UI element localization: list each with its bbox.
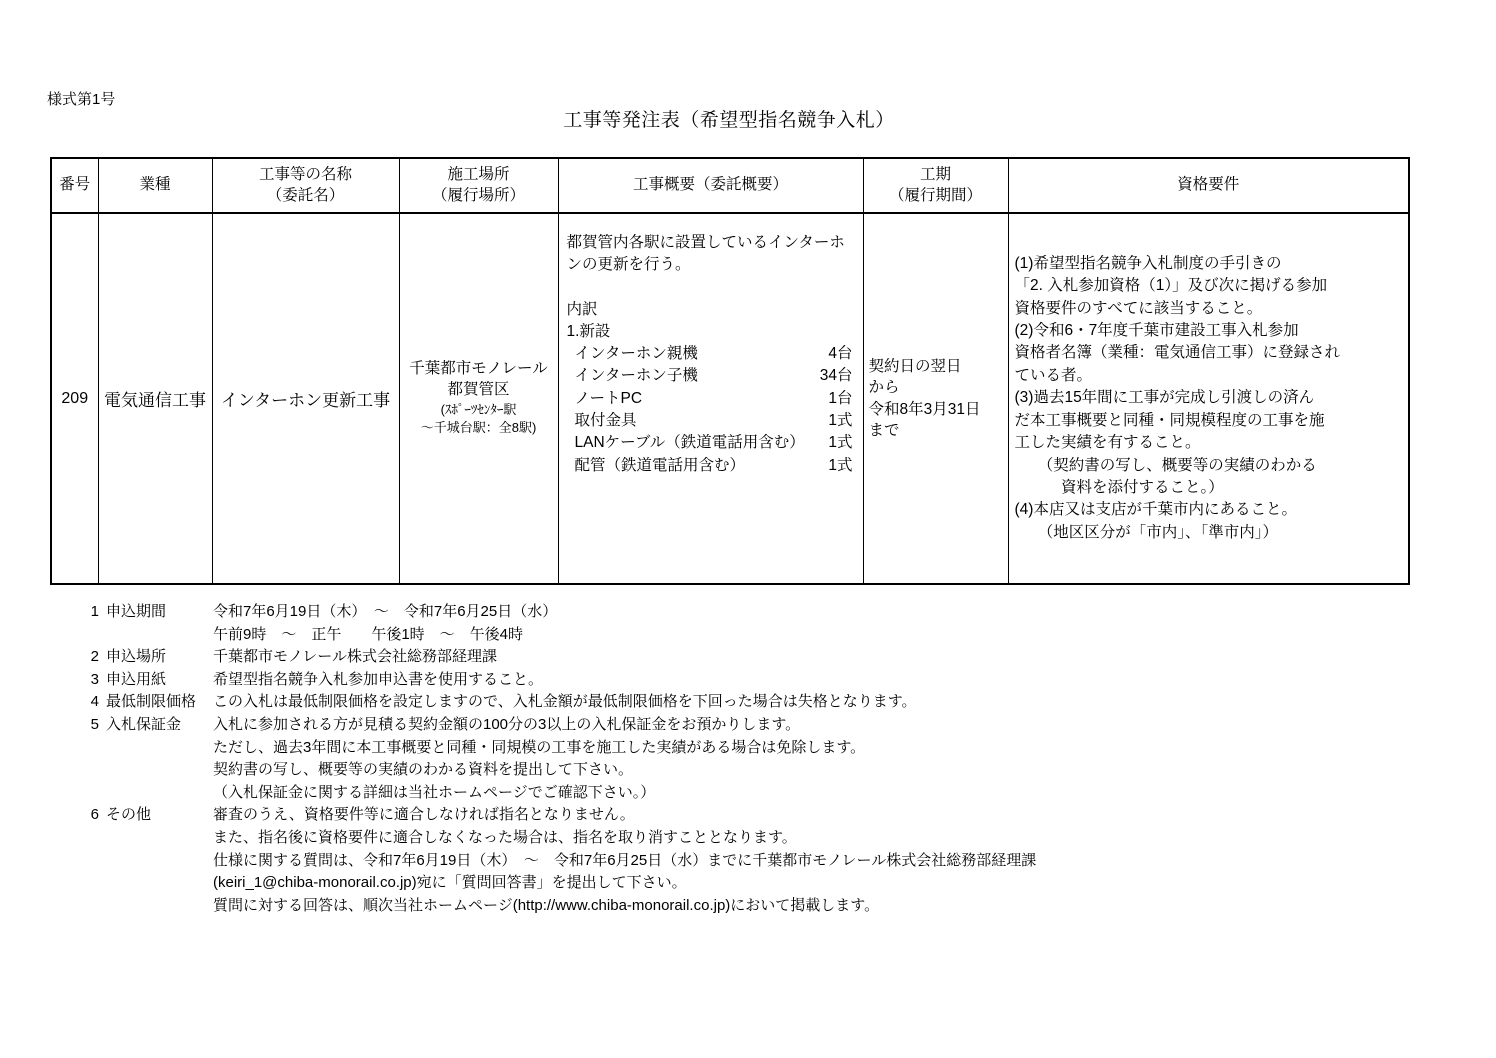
col-header-summary: 工事概要（委託概要） [558, 158, 863, 213]
note-item: 1申込期間 令和7年6月19日（木） ～ 令和7年6月25日（水） 午前9時 ～… [88, 601, 1036, 646]
col-header-name: 工事等の名称 （委託名） [212, 158, 399, 213]
document-page: { "page": { "form_label": "様式第1号", "titl… [0, 0, 1496, 1058]
location-line: 都賀管区 [400, 380, 558, 401]
note-body: 審査のうえ、資格要件等に適合しなければ指名となりません。 また、指名後に資格要件… [213, 804, 1036, 917]
col-header-location-line1: 施工場所 [400, 165, 558, 185]
summary-item: 取付金具 1式 [567, 410, 853, 432]
col-header-name-line1: 工事等の名称 [213, 165, 399, 185]
note-label: 申込用紙 [106, 671, 166, 688]
summary-item: ノートPC 1台 [567, 388, 853, 410]
page-title: 工事等発注表（希望型指名競争入札） [50, 105, 1408, 132]
qualification-line: 工した実績を有すること。 [1015, 432, 1405, 454]
qualification-line: (4)本店又は支店が千葉市内にあること。 [1015, 499, 1405, 521]
note-line: (keiri_1@chiba-monorail.co.jp)宛に「質問回答書」を… [213, 872, 1036, 895]
col-header-period-line2: （履行期間） [864, 186, 1008, 206]
summary-item-qty: 1式 [828, 410, 852, 432]
col-header-location-line2: （履行場所） [400, 186, 558, 206]
summary-item-name: 配管（鉄道電話用含む） [575, 455, 746, 477]
location-line: 千葉都市モノレール [400, 359, 558, 380]
note-head: 6その他 [88, 804, 213, 917]
note-number: 4 [88, 691, 99, 714]
summary-item-name: インターホン子機 [575, 365, 698, 387]
qualification-line: 資格者名簿（業種：電気通信工事）に登録され [1015, 342, 1405, 364]
row-period-cell: 契約日の翌日 から 令和8年3月31日 まで [863, 213, 1008, 584]
table-row: 209 電気通信工事 インターホン更新工事 千葉都市モノレール 都賀管区 (ｽﾎ… [51, 213, 1409, 584]
note-head: 3申込用紙 [88, 669, 213, 692]
col-header-period: 工期 （履行期間） [863, 158, 1008, 213]
note-line: （入札保証金に関する詳細は当社ホームページでご確認下さい。） [213, 782, 1036, 805]
note-number: 2 [88, 646, 99, 669]
note-line: 希望型指名競争入札参加申込書を使用すること。 [213, 669, 1036, 692]
note-line: また、指名後に資格要件に適合しなくなった場合は、指名を取り消すこととなります。 [213, 827, 1036, 850]
col-header-number: 番号 [51, 158, 98, 213]
col-header-period-line1: 工期 [864, 165, 1008, 185]
period-line: から [869, 377, 1008, 399]
note-item: 5入札保証金 入札に参加される方が見積る契約金額の100分の3以上の入札保証金を… [88, 714, 1036, 804]
summary-item-qty: 1式 [828, 455, 852, 477]
row-location-cell: 千葉都市モノレール 都賀管区 (ｽﾎﾟｰﾂｾﾝﾀｰ駅 ～千城台駅：全8駅) [399, 213, 558, 584]
qualification-line: （地区区分が「市内」、「準市内」） [1015, 522, 1405, 544]
col-header-industry: 業種 [98, 158, 212, 213]
notes-section: 1申込期間 令和7年6月19日（木） ～ 令和7年6月25日（水） 午前9時 ～… [88, 601, 1036, 917]
note-label: その他 [106, 806, 151, 823]
note-number: 6 [88, 804, 99, 827]
note-label: 入札保証金 [106, 716, 181, 733]
note-body: 希望型指名競争入札参加申込書を使用すること。 [213, 669, 1036, 692]
col-header-qualification: 資格要件 [1008, 158, 1409, 213]
location-subline: (ｽﾎﾟｰﾂｾﾝﾀｰ駅 [400, 401, 558, 419]
note-line: 入札に参加される方が見積る契約金額の100分の3以上の入札保証金をお預かりします… [213, 714, 1036, 737]
row-summary-cell: 都賀管内各駅に設置しているインターホンの更新を行う。 内訳 1.新設 インターホ… [558, 213, 863, 584]
note-body: この入札は最低制限価格を設定しますので、入札金額が最低制限価格を下回った場合は失… [213, 691, 1036, 714]
summary-item-name: ノートPC [575, 388, 643, 410]
qualification-line: ている者。 [1015, 365, 1405, 387]
summary-item: インターホン親機 4台 [567, 343, 853, 365]
summary-item: インターホン子機 34台 [567, 365, 853, 387]
summary-item-qty: 4台 [828, 343, 852, 365]
period-line: 令和8年3月31日 [869, 399, 1008, 421]
qualification-line: だ本工事概要と同種・同規模程度の工事を施 [1015, 410, 1405, 432]
summary-intro: 都賀管内各駅に設置しているインターホンの更新を行う。 [567, 232, 853, 277]
col-header-location: 施工場所 （履行場所） [399, 158, 558, 213]
summary-item: 配管（鉄道電話用含む） 1式 [567, 455, 853, 477]
qualification-line: 「2. 入札参加資格（1）」及び次に掲げる参加 [1015, 275, 1405, 297]
location-subline: ～千城台駅：全8駅) [400, 419, 558, 437]
note-label: 申込場所 [106, 648, 166, 665]
note-label: 最低制限価格 [106, 693, 196, 710]
note-item: 4最低制限価格 この入札は最低制限価格を設定しますので、入札金額が最低制限価格を… [88, 691, 1036, 714]
summary-item-name: インターホン親機 [575, 343, 698, 365]
note-number: 3 [88, 669, 99, 692]
note-line: 質問に対する回答は、順次当社ホームページ(http://www.chiba-mo… [213, 895, 1036, 918]
summary-breakdown-label: 内訳 [567, 299, 853, 321]
summary-item: LANケーブル（鉄道電話用含む） 1式 [567, 432, 853, 454]
qualification-line: （契約書の写し、概要等の実績のわかる [1015, 455, 1405, 477]
qualification-line: (2)令和6・7年度千葉市建設工事入札参加 [1015, 320, 1405, 342]
summary-item-name: 取付金具 [575, 410, 637, 432]
period-line: 契約日の翌日 [869, 356, 1008, 378]
note-body: 千葉都市モノレール株式会社総務部経理課 [213, 646, 1036, 669]
note-number: 1 [88, 601, 99, 624]
note-head: 4最低制限価格 [88, 691, 213, 714]
note-head: 5入札保証金 [88, 714, 213, 804]
summary-item-qty: 34台 [820, 365, 853, 387]
summary-item-qty: 1台 [828, 388, 852, 410]
note-line: 午前9時 ～ 正午 午後1時 ～ 午後4時 [213, 624, 1036, 647]
note-item: 6その他 審査のうえ、資格要件等に適合しなければ指名となりません。 また、指名後… [88, 804, 1036, 917]
qualification-line: 資料を添付すること。） [1015, 477, 1405, 499]
period-line: まで [869, 420, 1008, 442]
note-line: 仕様に関する質問は、令和7年6月19日（木） ～ 令和7年6月25日（水）までに… [213, 850, 1036, 873]
summary-section-label: 1.新設 [567, 321, 853, 343]
summary-spacer [567, 277, 853, 299]
qualification-line: (3)過去15年間に工事が完成し引渡しの済ん [1015, 387, 1405, 409]
order-table: 番号 業種 工事等の名称 （委託名） 施工場所 （履行場所） 工事概要（委託概要… [50, 157, 1410, 585]
summary-item-qty: 1式 [828, 432, 852, 454]
note-item: 3申込用紙 希望型指名競争入札参加申込書を使用すること。 [88, 669, 1036, 692]
row-name-cell: インターホン更新工事 [212, 213, 399, 584]
note-line: ただし、過去3年間に本工事概要と同種・同規模の工事を施工した実績がある場合は免除… [213, 737, 1036, 760]
table-header-row: 番号 業種 工事等の名称 （委託名） 施工場所 （履行場所） 工事概要（委託概要… [51, 158, 1409, 213]
row-qualification-cell: (1)希望型指名競争入札制度の手引きの 「2. 入札参加資格（1）」及び次に掲げ… [1008, 213, 1409, 584]
note-number: 5 [88, 714, 99, 737]
note-head: 2申込場所 [88, 646, 213, 669]
summary-item-name: LANケーブル（鉄道電話用含む） [575, 432, 805, 454]
note-body: 入札に参加される方が見積る契約金額の100分の3以上の入札保証金をお預かりします… [213, 714, 1036, 804]
row-number-cell: 209 [51, 213, 98, 584]
note-line: 令和7年6月19日（木） ～ 令和7年6月25日（水） [213, 601, 1036, 624]
note-line: 審査のうえ、資格要件等に適合しなければ指名となりません。 [213, 804, 1036, 827]
col-header-name-line2: （委託名） [213, 186, 399, 206]
note-line: 契約書の写し、概要等の実績のわかる資料を提出して下さい。 [213, 759, 1036, 782]
qualification-line: 資格要件のすべてに該当すること。 [1015, 298, 1405, 320]
qualification-line: (1)希望型指名競争入札制度の手引きの [1015, 253, 1405, 275]
note-body: 令和7年6月19日（木） ～ 令和7年6月25日（水） 午前9時 ～ 正午 午後… [213, 601, 1036, 646]
note-line: この入札は最低制限価格を設定しますので、入札金額が最低制限価格を下回った場合は失… [213, 691, 1036, 714]
note-line: 千葉都市モノレール株式会社総務部経理課 [213, 646, 1036, 669]
note-label: 申込期間 [106, 603, 166, 620]
note-head: 1申込期間 [88, 601, 213, 646]
note-item: 2申込場所 千葉都市モノレール株式会社総務部経理課 [88, 646, 1036, 669]
row-industry-cell: 電気通信工事 [98, 213, 212, 584]
